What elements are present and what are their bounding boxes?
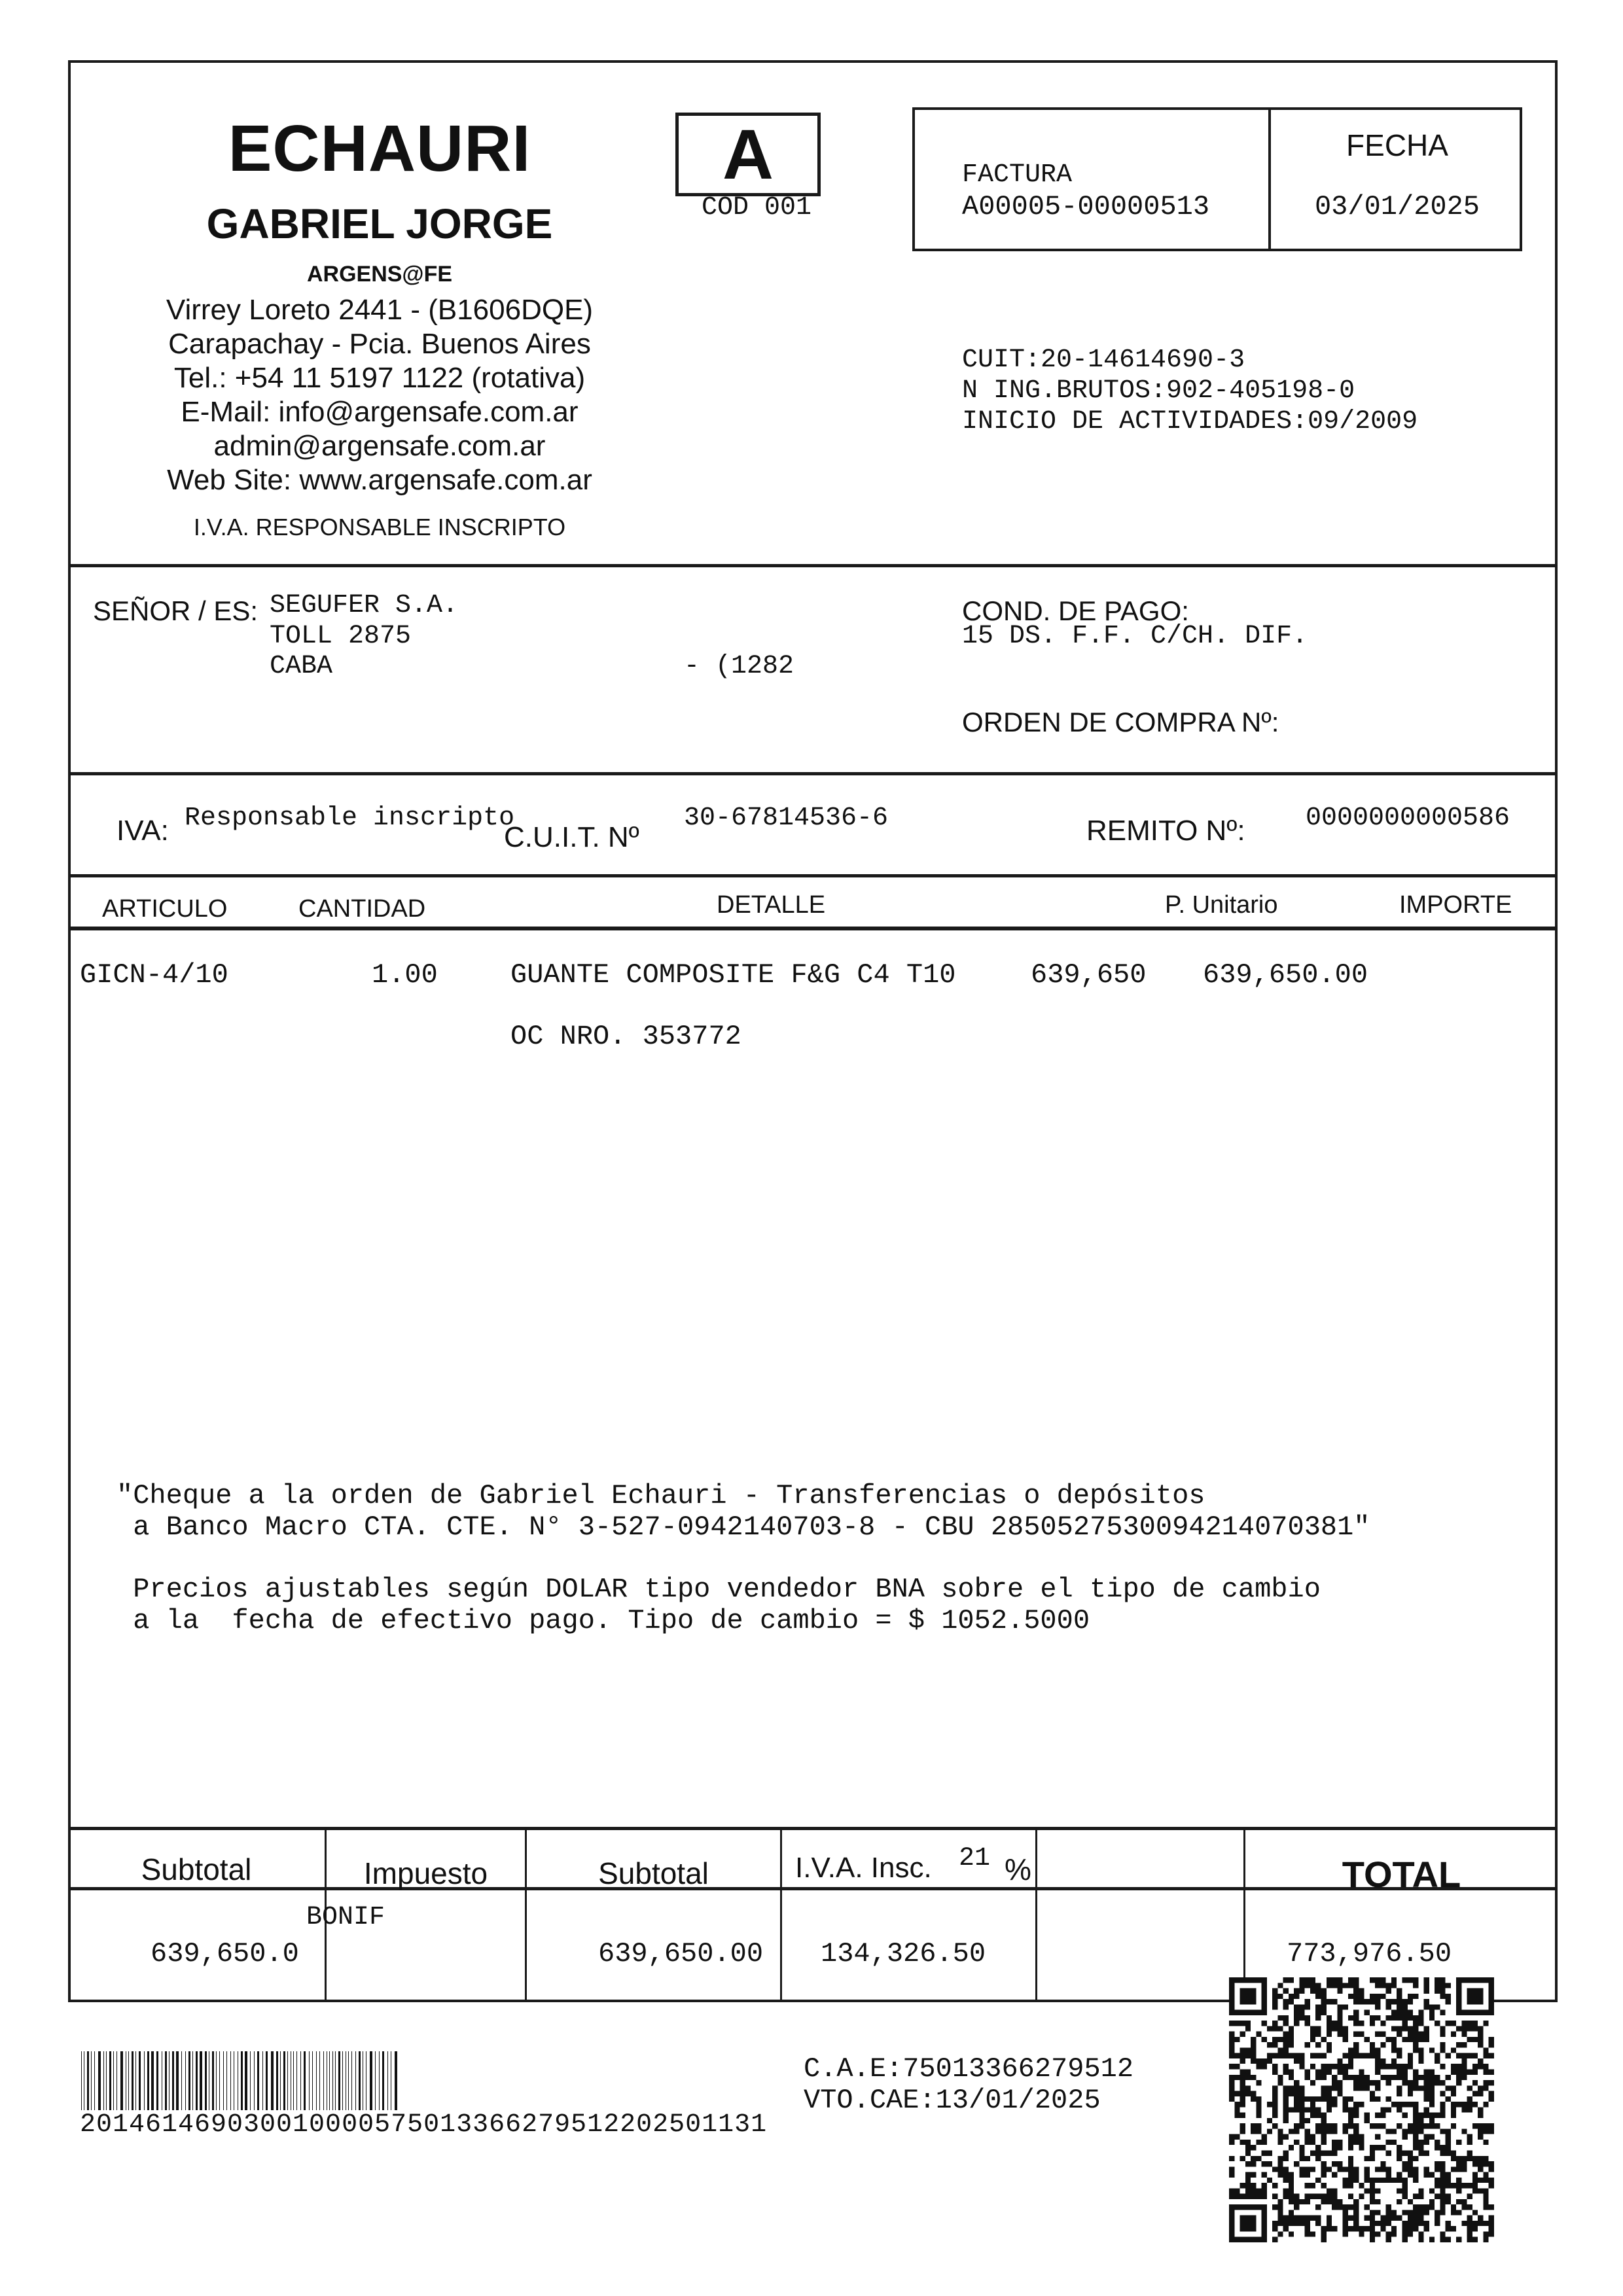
totals-col-divider bbox=[780, 1829, 782, 2000]
invoice-date-label: FECHA bbox=[1273, 128, 1522, 163]
cae-due-date: VTO.CAE:13/01/2025 bbox=[804, 2085, 1101, 2116]
exchange-note-line1: Precios ajustables según DOLAR tipo vend… bbox=[116, 1574, 1321, 1605]
divider-client bbox=[68, 772, 1558, 775]
issuer-email-info: E-Mail: info@argensafe.com.ar bbox=[98, 395, 661, 429]
column-header-importe: IMPORTE bbox=[1399, 891, 1512, 919]
exchange-note-line2: a la fecha de efectivo pago. Tipo de cam… bbox=[116, 1605, 1090, 1636]
totals-header-subtotal2: Subtotal bbox=[527, 1856, 780, 1891]
issuer-name-line2: GABRIEL JORGE bbox=[131, 200, 628, 248]
totals-bonif-note: BONIF bbox=[306, 1903, 385, 1932]
column-header-articulo: ARTICULO bbox=[102, 895, 227, 923]
item-articulo: GICN-4/10 bbox=[80, 959, 228, 991]
totals-col-divider bbox=[1035, 1829, 1037, 2000]
item-unitario: 639,650 bbox=[1031, 959, 1146, 991]
totals-total-value: 773,976.50 bbox=[1287, 1938, 1452, 1969]
client-iva-value: Responsable inscripto bbox=[185, 804, 514, 833]
column-header-detalle: DETALLE bbox=[717, 891, 825, 919]
totals-subtotal-value: 639,650.0 bbox=[151, 1938, 299, 1969]
issuer-cuit: CUIT:20-14614690-3 bbox=[962, 345, 1245, 375]
issuer-website: Web Site: www.argensafe.com.ar bbox=[98, 463, 661, 497]
totals-subtotal2-value: 639,650.00 bbox=[598, 1938, 763, 1969]
column-header-unitario: P. Unitario bbox=[1165, 891, 1278, 919]
item-extra-line: OC NRO. 353772 bbox=[510, 1021, 741, 1052]
totals-header-subtotal: Subtotal bbox=[68, 1852, 325, 1887]
column-header-cantidad: CANTIDAD bbox=[298, 895, 425, 923]
totals-header-impuesto: Impuesto bbox=[327, 1856, 525, 1891]
totals-header-iva-rate: 21 bbox=[959, 1844, 990, 1873]
divider-items-header bbox=[68, 927, 1558, 930]
invoice-code: COD 001 bbox=[702, 193, 811, 222]
totals-header-iva: I.V.A. Insc. bbox=[795, 1852, 932, 1884]
remito-label: REMITO Nº: bbox=[1086, 815, 1245, 847]
divider-header bbox=[68, 564, 1558, 567]
item-detalle: GUANTE COMPOSITE F&G C4 T10 bbox=[510, 959, 956, 991]
divider-tax bbox=[68, 874, 1558, 877]
cae-number: C.A.E:75013366279512 bbox=[804, 2053, 1133, 2085]
invoice-type-label: FACTURA bbox=[962, 160, 1072, 190]
barcode-number: 2014614690300100005750133662795122025011… bbox=[80, 2110, 767, 2140]
issuer-email-admin: admin@argensafe.com.ar bbox=[98, 429, 661, 463]
barcode bbox=[80, 2051, 597, 2110]
issuer-iva-condition: I.V.A. RESPONSABLE INSCRIPTO bbox=[98, 514, 661, 541]
payment-note-line2: a Banco Macro CTA. CTE. N° 3-527-0942140… bbox=[116, 1511, 1370, 1543]
client-city: CABA bbox=[270, 652, 332, 681]
invoice-number: A00005-00000513 bbox=[962, 191, 1209, 222]
item-importe: 639,650.00 bbox=[1203, 959, 1368, 991]
client-label: SEÑOR / ES: bbox=[93, 595, 258, 627]
invoice-box-divider bbox=[1268, 107, 1271, 251]
issuer-brand: ARGENS@FE bbox=[131, 262, 628, 287]
client-cuit-label: C.U.I.T. Nº bbox=[504, 821, 639, 854]
totals-header-percent: % bbox=[1005, 1852, 1031, 1887]
issuer-name-line1: ECHAURI bbox=[131, 111, 628, 186]
totals-header-total: TOTAL bbox=[1245, 1853, 1558, 1896]
invoice-letter: A bbox=[675, 113, 821, 196]
remito-value: 0000000000586 bbox=[1306, 804, 1510, 833]
payment-terms-value: 15 DS. F.F. C/CH. DIF. bbox=[962, 622, 1308, 651]
qr-code[interactable] bbox=[1229, 1977, 1494, 2242]
item-cantidad: 1.00 bbox=[372, 959, 438, 991]
client-iva-label: IVA: bbox=[116, 815, 169, 847]
issuer-ingresos-brutos: N ING.BRUTOS:902-405198-0 bbox=[962, 376, 1355, 406]
purchase-order-label: ORDEN DE COMPRA Nº: bbox=[962, 707, 1279, 738]
issuer-address-street: Virrey Loreto 2441 - (B1606DQE) bbox=[98, 293, 661, 327]
issuer-address-city: Carapachay - Pcia. Buenos Aires bbox=[98, 327, 661, 361]
client-zip: - (1282 bbox=[684, 652, 794, 681]
divider-totals-top bbox=[68, 1827, 1558, 1830]
client-name: SEGUFER S.A. bbox=[270, 591, 458, 620]
payment-note-line1: "Cheque a la orden de Gabriel Echauri - … bbox=[116, 1480, 1205, 1511]
issuer-phone: Tel.: +54 11 5197 1122 (rotativa) bbox=[98, 361, 661, 395]
client-cuit-value: 30-67814536-6 bbox=[684, 804, 888, 833]
invoice-date: 03/01/2025 bbox=[1273, 191, 1522, 222]
totals-iva-value: 134,326.50 bbox=[821, 1938, 986, 1969]
totals-col-divider bbox=[525, 1829, 527, 2000]
client-address: TOLL 2875 bbox=[270, 622, 411, 651]
issuer-start-date: INICIO DE ACTIVIDADES:09/2009 bbox=[962, 407, 1418, 436]
